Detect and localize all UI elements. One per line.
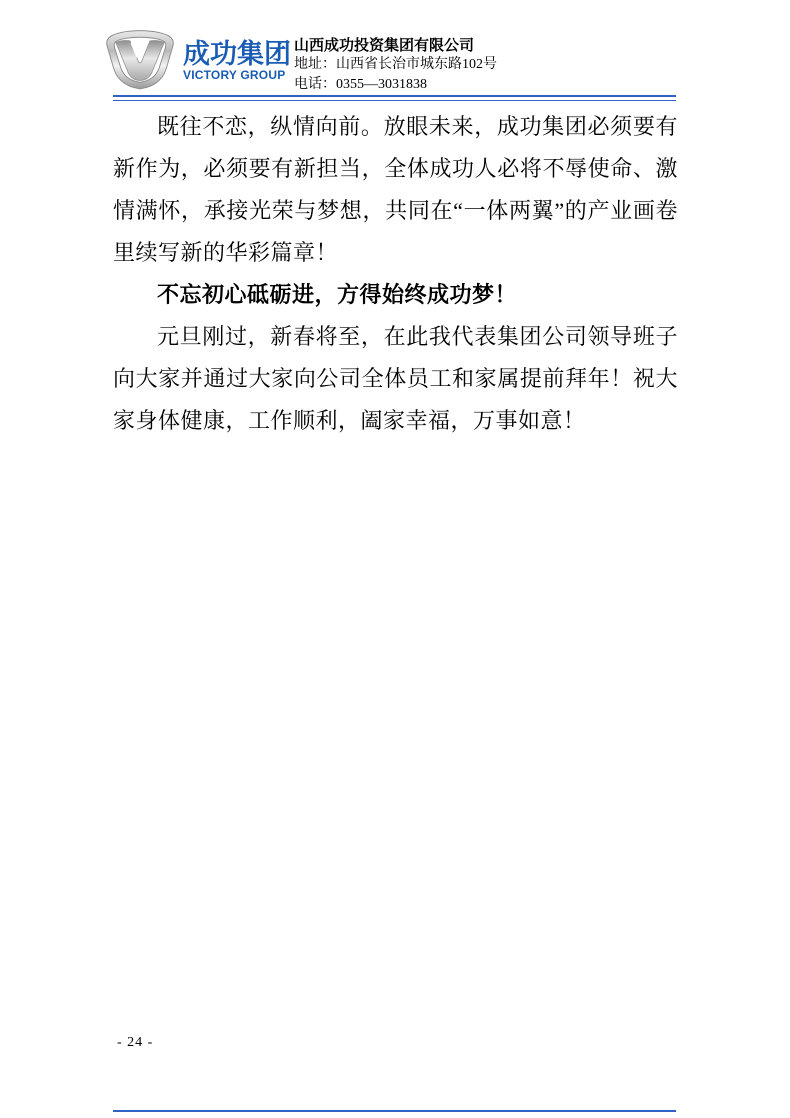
document-page: { "document": { "page_number": "- 24 -",… <box>0 0 790 1118</box>
closing-heading: 不忘初心砥砺进，方得始终成功梦！ <box>113 274 678 316</box>
header-rule <box>113 95 676 101</box>
letterhead: 成功集团 VICTORY GROUP 山西成功投资集团有限公司 地址：山西省长治… <box>104 28 497 95</box>
company-name: 山西成功投资集团有限公司 <box>294 36 497 55</box>
body-paragraph-1: 既往不恋，纵情向前。放眼未来，成功集团必须要有新作为，必须要有新担当，全体成功人… <box>113 106 678 274</box>
company-phone: 电话：0355—3031838 <box>294 75 497 95</box>
brand-block: 成功集团 VICTORY GROUP <box>183 28 285 82</box>
document-body: 既往不恋，纵情向前。放眼未来，成功集团必须要有新作为，必须要有新担当，全体成功人… <box>113 106 678 442</box>
page-number: - 24 - <box>117 1034 153 1052</box>
company-info: 山西成功投资集团有限公司 地址：山西省长治市城东路102号 电话：0355—30… <box>294 28 497 95</box>
company-address: 地址：山西省长治市城东路102号 <box>294 55 497 75</box>
brand-name-en: VICTORY GROUP <box>183 69 285 82</box>
brand-name-cn: 成功集团 <box>183 39 285 69</box>
body-paragraph-2: 元旦刚过，新春将至，在此我代表集团公司领导班子向大家并通过大家向公司全体员工和家… <box>113 316 678 442</box>
footer-rule <box>113 1110 676 1112</box>
victory-v-shield-emblem-icon <box>104 28 176 92</box>
